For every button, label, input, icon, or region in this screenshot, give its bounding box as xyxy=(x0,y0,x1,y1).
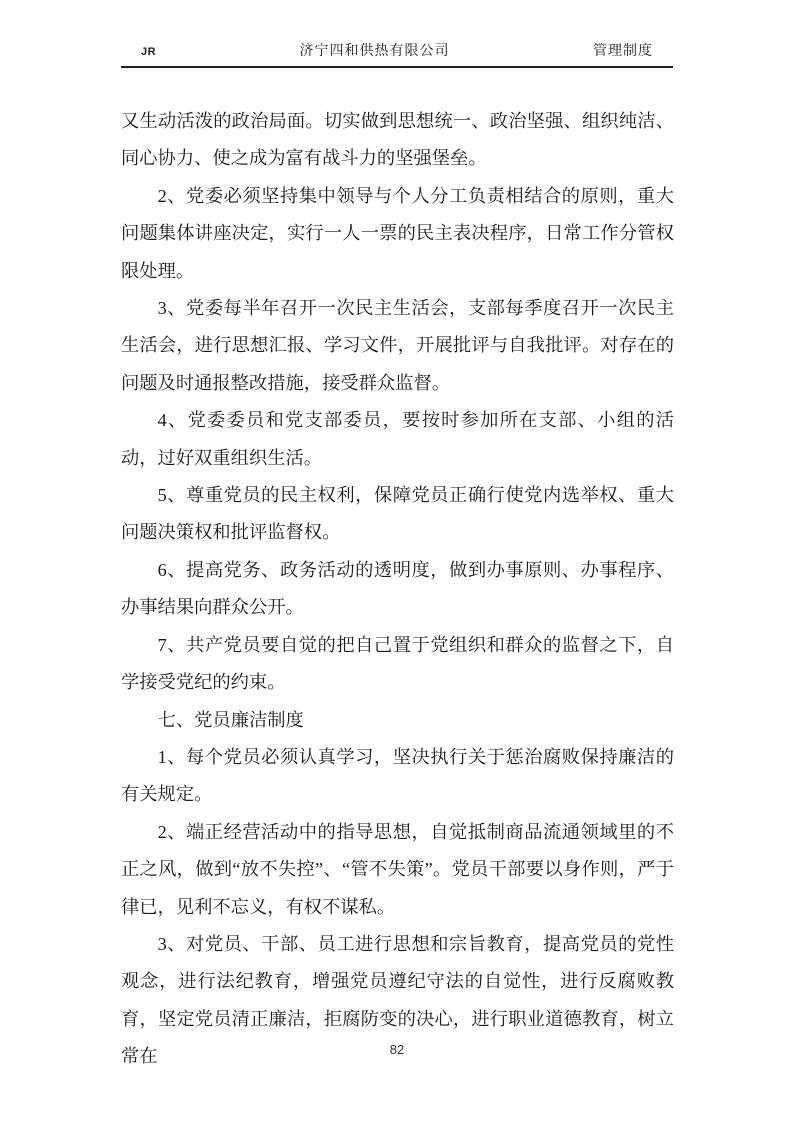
header-company-name: 济宁四和供热有限公司 xyxy=(300,40,450,60)
header-logo-text: JR xyxy=(141,46,156,58)
page-header-row: JR 济宁四和供热有限公司 管理制度 xyxy=(121,40,673,68)
paragraph: 又生动活泼的政治局面。切实做到思想统一、政治坚强、组织纯洁、同心协力、使之成为富… xyxy=(121,103,674,178)
page-number: 82 xyxy=(390,1042,404,1057)
paragraph: 6、提高党务、政务活动的透明度，做到办事原则、办事程序、办事结果向群众公开。 xyxy=(121,552,674,627)
paragraph: 3、党委每半年召开一次民主生活会，支部每季度召开一次民主生活会，进行思想汇报、学… xyxy=(121,290,674,402)
paragraph: 1、每个党员必须认真学习，坚决执行关于惩治腐败保持廉洁的有关规定。 xyxy=(121,739,674,814)
paragraph: 7、共产党员要自觉的把自己置于党组织和群众的监督之下，自学接受党纪的约束。 xyxy=(121,627,674,702)
document-page: JR 济宁四和供热有限公司 管理制度 又生动活泼的政治局面。切实做到思想统一、政… xyxy=(0,0,794,1123)
header-doc-type: 管理制度 xyxy=(593,40,653,60)
paragraph: 2、党委必须坚持集中领导与个人分工负责相结合的原则，重大问题集体讲座决定，实行一… xyxy=(121,178,674,290)
section-heading: 七、党员廉洁制度 xyxy=(121,702,674,739)
paragraph: 5、尊重党员的民主权利，保障党员正确行使党内选举权、重大问题决策权和批评监督权。 xyxy=(121,477,674,552)
paragraph: 4、党委委员和党支部委员，要按时参加所在支部、小组的活动，过好双重组织生活。 xyxy=(121,402,674,477)
paragraph: 2、端正经营活动中的指导思想，自觉抵制商品流通领域里的不正之风，做到“放不失控”… xyxy=(121,814,674,926)
page-footer: 82 xyxy=(0,1042,794,1057)
page-header: JR 济宁四和供热有限公司 管理制度 xyxy=(121,40,673,68)
document-body: 又生动活泼的政治局面。切实做到思想统一、政治坚强、组织纯洁、同心协力、使之成为富… xyxy=(121,103,674,1076)
